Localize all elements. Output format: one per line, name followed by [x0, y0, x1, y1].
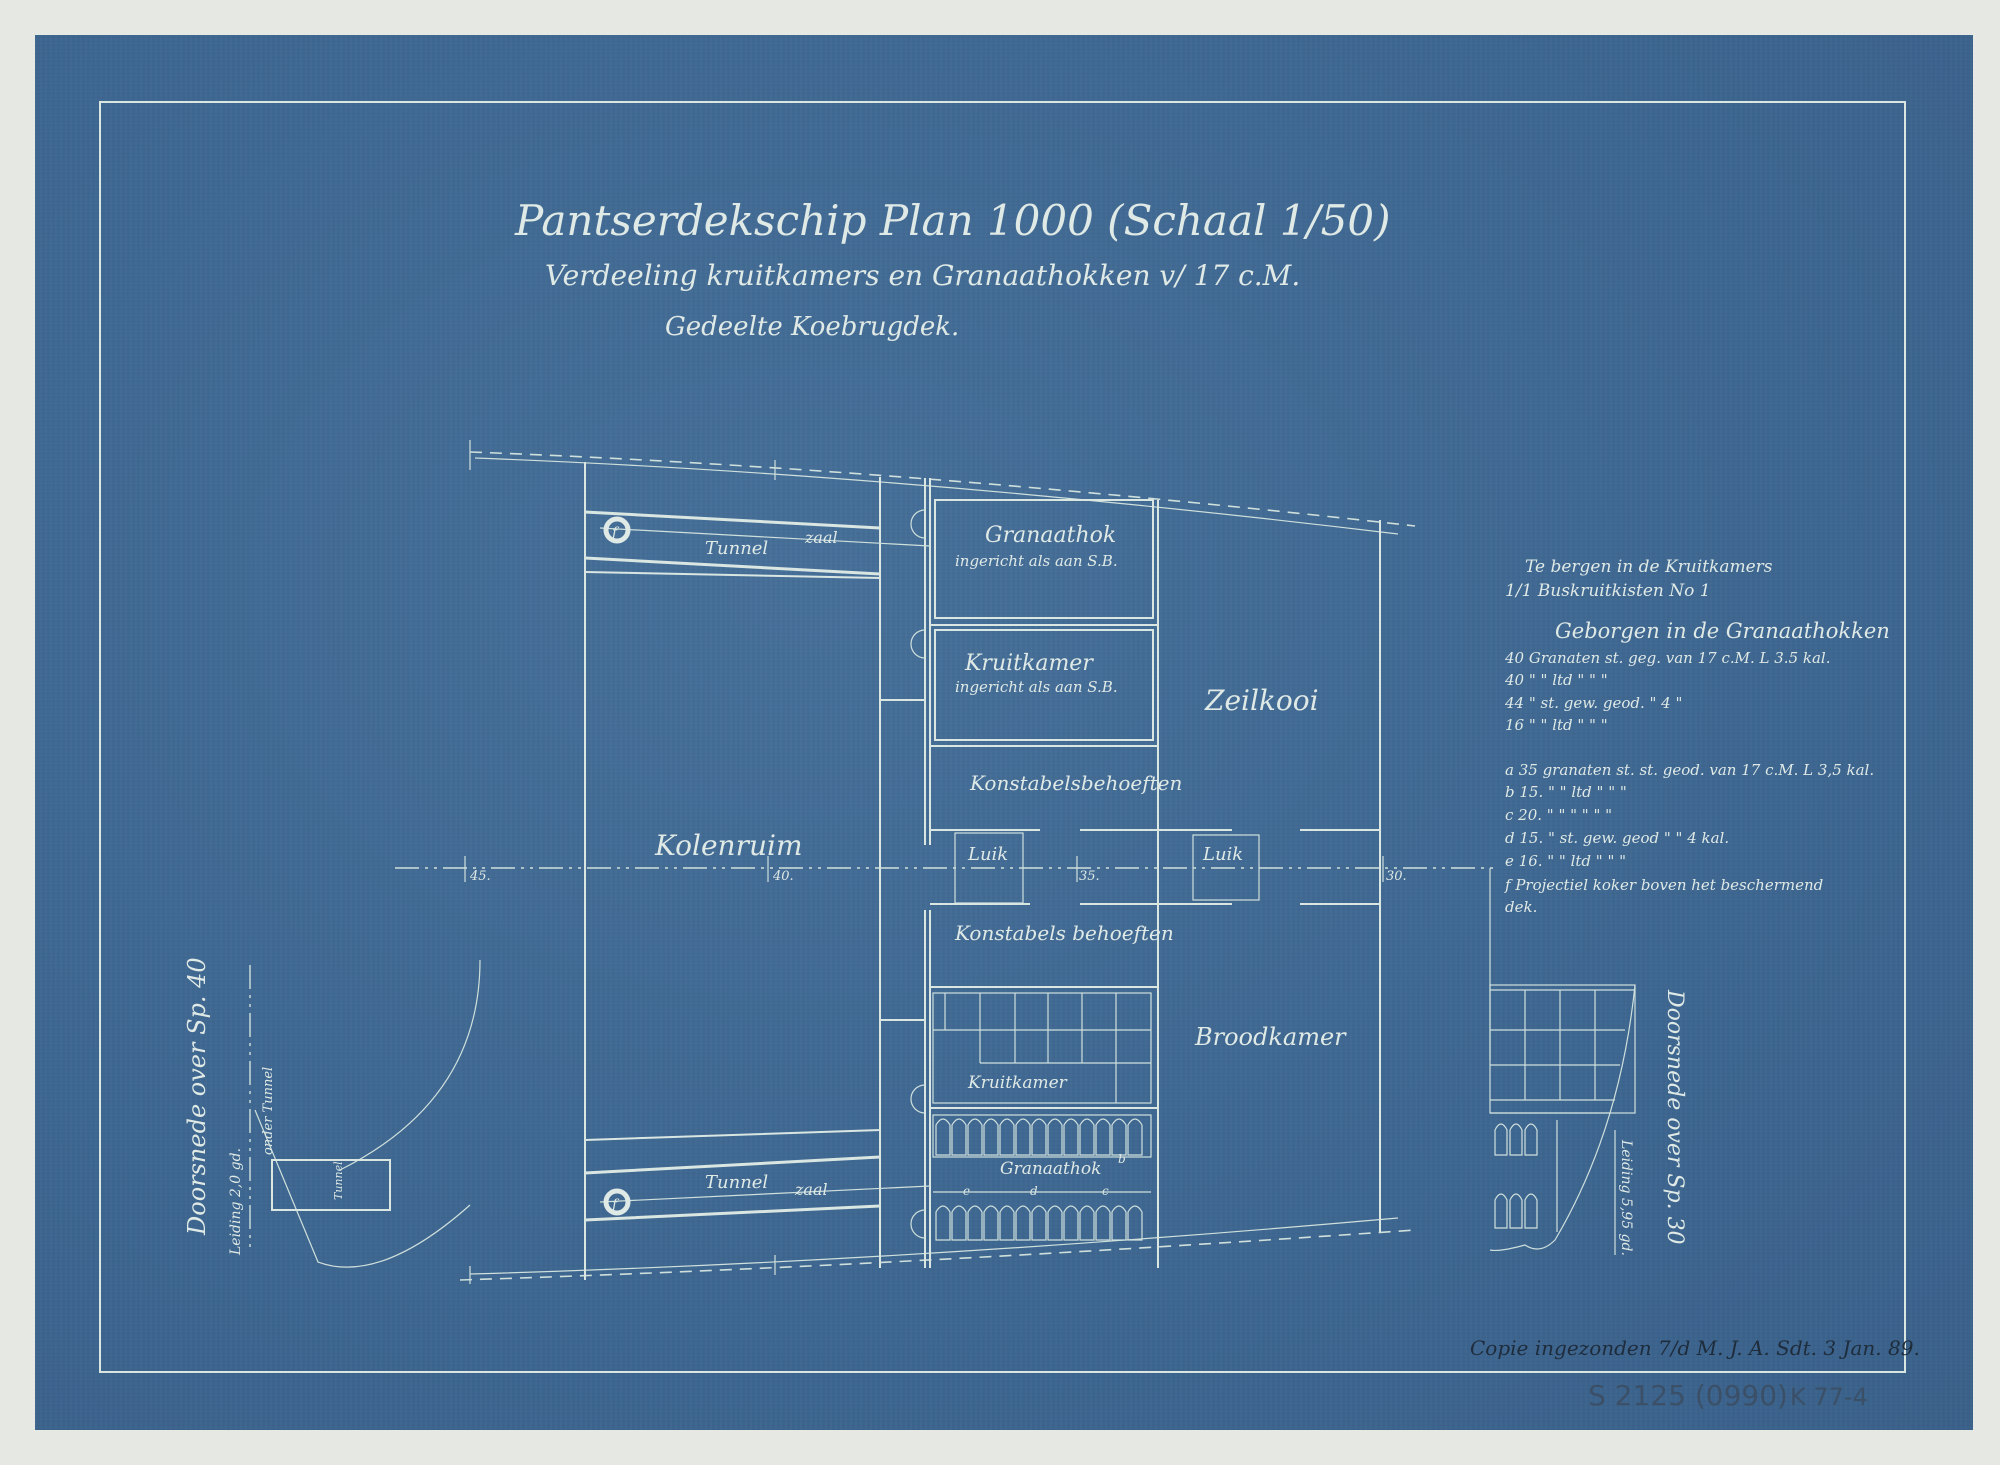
title-line-3: Gedeelte Koebrugdek. [665, 312, 959, 342]
rack-letter-c: c [1102, 1184, 1109, 1198]
tunnel-tag-top: zaal [804, 528, 838, 547]
rack-letter-b: b [1118, 1152, 1126, 1166]
note-kruitkamer-top: ingericht als aan S.B. [955, 678, 1118, 696]
konstabel-bottom-room: Konstabels behoeften [930, 904, 1380, 945]
doors [911, 510, 925, 1238]
copy-note: Copie ingezonden 7/d M. J. A. Sdt. 3 Jan… [1470, 1336, 1920, 1360]
label-broodkamer: Broodkamer [1194, 1023, 1347, 1051]
kruitkamer-top-room: Kruitkamer ingericht als aan S.B. [930, 630, 1158, 746]
title-line-1: Pantserdekschip Plan 1000 (Schaal 1/50) [514, 196, 1390, 245]
title-line-2: Verdeeling kruitkamers en Granaathokken … [545, 259, 1300, 292]
archive-number: S 2125 (0990) [1588, 1379, 1788, 1412]
legend-row-a-3: 44 " st. gew. geod. " 4 " [1504, 694, 1682, 712]
label-kruitkamer-top: Kruitkamer [964, 651, 1094, 676]
konstabel-top-room: Konstabelsbehoeften [930, 771, 1380, 830]
shell-rack-top [936, 1119, 1142, 1155]
tunnel-bottom: f Tunnel zaal [585, 1157, 930, 1220]
frame-number-45: 45. [469, 869, 491, 884]
legend-row-b-a: a 35 granaten st. st. geod. van 17 c.M. … [1505, 761, 1874, 779]
legend-row-b-d: d 15. " st. gew. geod " " 4 kal. [1505, 829, 1729, 847]
cross-section-right-sub1: Leiding 5,95 gd. [1618, 1139, 1634, 1256]
kruitkamer-bottom-room: Kruitkamer [930, 987, 1158, 1108]
legend-heading-2: Geborgen in de Granaathokken [1555, 619, 1890, 643]
legend-row-b-e: e 16. " " ltd " " " [1505, 852, 1626, 870]
tunnel-tag-bottom: zaal [794, 1180, 828, 1199]
frame-number-30: 30. [1386, 869, 1407, 884]
cross-section-right-title: Doorsnede over Sp. 30 [1662, 989, 1687, 1245]
legend-row-a-1: 40 Granaten st. geg. van 17 c.M. L 3.5 k… [1504, 649, 1830, 667]
cross-section-left-sub2: onder Tunnel [261, 1067, 276, 1155]
label-kolenruim: Kolenruim [654, 829, 803, 862]
label-konstabel-bottom: Konstabels behoeften [954, 921, 1174, 945]
legend-row-b-c: c 20. " " " " " " [1505, 806, 1612, 824]
legend-row-b-f-cont: dek. [1505, 898, 1537, 916]
cross-section-left-sub1: Leiding 2,0 gd. [228, 1148, 244, 1256]
label-konstabel-top: Konstabelsbehoeften [969, 771, 1182, 795]
cross-section-right: Doorsnede over Sp. 30 Leiding 5,95 gd. [1490, 985, 1687, 1256]
label-luik-right: Luik [1202, 844, 1243, 865]
label-luik-left: Luik [967, 844, 1008, 865]
stowage-legend: Te bergen in de Kruitkamers 1/1 Buskruit… [1504, 557, 1890, 916]
granaathok-bottom-room: Granaathok b e d c [933, 1115, 1151, 1240]
legend-row-a-2: 40 " " ltd " " " [1504, 671, 1608, 689]
label-zeilkooi: Zeilkooi [1204, 684, 1319, 717]
tunnel-top: f Tunnel zaal [585, 512, 930, 574]
note-granaathok-top: ingericht als aan S.B. [955, 552, 1118, 570]
frame-number-40: 40. [772, 869, 794, 884]
granaathok-top-room: Granaathok ingericht als aan S.B. [930, 500, 1158, 625]
legend-row-b-f: f Projectiel koker boven het beschermend [1504, 876, 1823, 894]
rack-letter-e: e [963, 1184, 970, 1198]
rack-letter-d: d [1030, 1184, 1038, 1198]
catalog-number: K 77-4 [1790, 1383, 1868, 1411]
cross-section-left: Tunnel Doorsnede over Sp. 40 Leiding 2,0… [183, 957, 480, 1267]
tunnel-label-top: Tunnel [705, 538, 768, 559]
label-granaathok-top: Granaathok [985, 523, 1116, 548]
ship-plan-drawing: Pantserdekschip Plan 1000 (Schaal 1/50) … [0, 0, 2000, 1465]
title-block: Pantserdekschip Plan 1000 (Schaal 1/50) … [514, 196, 1390, 342]
frame-number-35: 35. [1079, 869, 1100, 884]
label-kruitkamer-bottom: Kruitkamer [967, 1073, 1068, 1093]
coal-bunker: Kolenruim [585, 572, 880, 1140]
tunnel-label-bottom: Tunnel [705, 1172, 768, 1193]
legend-row-a-4: 16 " " ltd " " " [1505, 716, 1608, 734]
legend-heading-1: Te bergen in de Kruitkamers [1525, 557, 1773, 577]
cross-section-box-label: Tunnel [332, 1161, 345, 1200]
label-granaathok-bottom: Granaathok [1000, 1159, 1101, 1179]
legend-row-b-b: b 15. " " ltd " " " [1505, 783, 1627, 801]
cross-section-left-title: Doorsnede over Sp. 40 [183, 957, 211, 1236]
legend-item-1: 1/1 Buskruitkisten No 1 [1505, 581, 1711, 601]
